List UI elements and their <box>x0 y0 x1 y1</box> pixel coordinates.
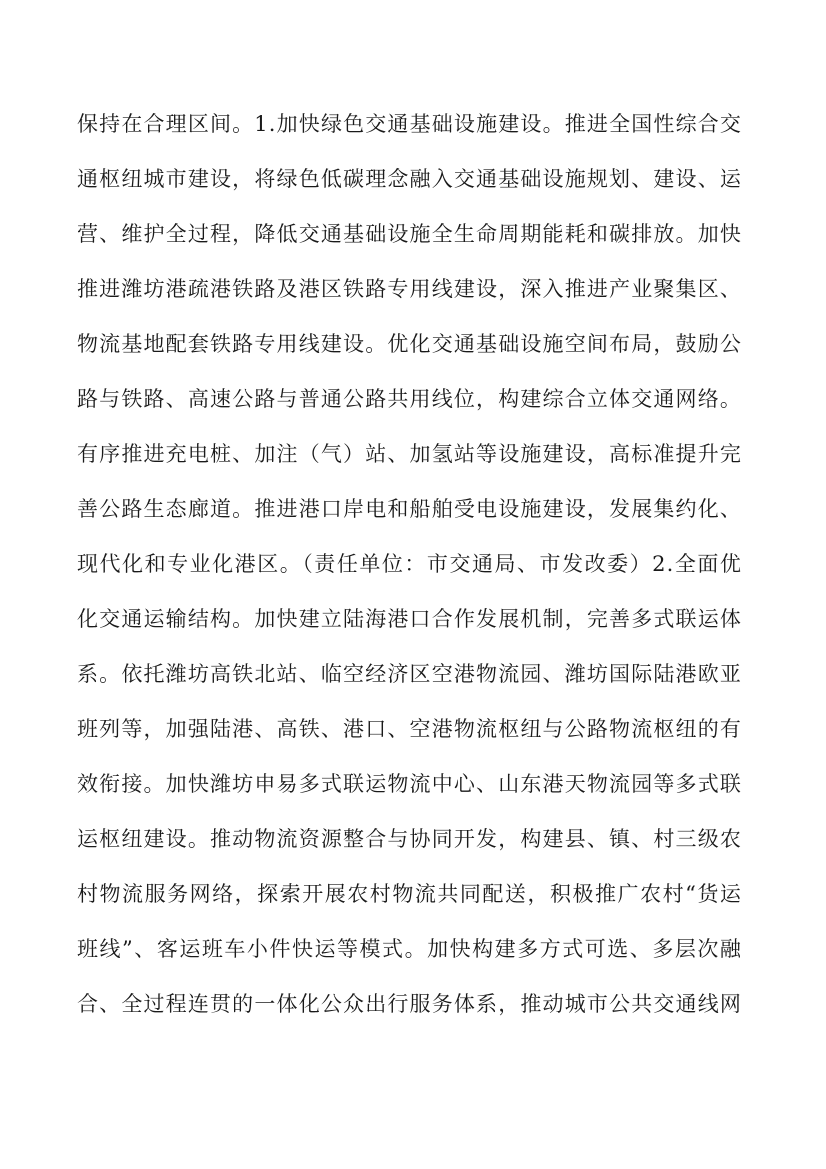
body-paragraph: 保持在合理区间。1.加快绿色交通基础设施建设。推进全国性综合交 通枢纽城市建设，… <box>77 97 742 1032</box>
text-line: 化交通运输结构。加快建立陆海港口合作发展机制，完善多式联运体 <box>77 592 742 647</box>
text-line: 路与铁路、高速公路与普通公路共用线位，构建综合立体交通网络。 <box>77 372 742 427</box>
text-line: 推进潍坊港疏港铁路及港区铁路专用线建设，深入推进产业聚集区、 <box>77 262 742 317</box>
text-line: 运枢纽建设。推动物流资源整合与协同开发，构建县、镇、村三级农 <box>77 812 742 867</box>
text-line: 班线”、客运班车小件快运等模式。加快构建多方式可选、多层次融 <box>77 922 742 977</box>
text-line: 班列等，加强陆港、高铁、港口、空港物流枢纽与公路物流枢纽的有 <box>77 702 742 757</box>
text-line: 现代化和专业化港区。（责任单位：市交通局、市发改委）2.全面优 <box>77 537 742 592</box>
text-line: 保持在合理区间。1.加快绿色交通基础设施建设。推进全国性综合交 <box>77 97 742 152</box>
text-line: 通枢纽城市建设，将绿色低碳理念融入交通基础设施规划、建设、运 <box>77 152 742 207</box>
text-line: 有序推进充电桩、加注（气）站、加氢站等设施建设，高标准提升完 <box>77 427 742 482</box>
text-line: 善公路生态廊道。推进港口岸电和船舶受电设施建设，发展集约化、 <box>77 482 742 537</box>
text-line: 营、维护全过程，降低交通基础设施全生命周期能耗和碳排放。加快 <box>77 207 742 262</box>
text-line: 村物流服务网络，探索开展农村物流共同配送，积极推广农村“货运 <box>77 867 742 922</box>
text-line: 效衔接。加快潍坊申易多式联运物流中心、山东港天物流园等多式联 <box>77 757 742 812</box>
text-line: 物流基地配套铁路专用线建设。优化交通基础设施空间布局，鼓励公 <box>77 317 742 372</box>
document-page: 保持在合理区间。1.加快绿色交通基础设施建设。推进全国性综合交 通枢纽城市建设，… <box>0 0 826 1169</box>
text-line: 合、全过程连贯的一体化公众出行服务体系，推动城市公共交通线网 <box>77 977 742 1032</box>
text-line: 系。依托潍坊高铁北站、临空经济区空港物流园、潍坊国际陆港欧亚 <box>77 647 742 702</box>
